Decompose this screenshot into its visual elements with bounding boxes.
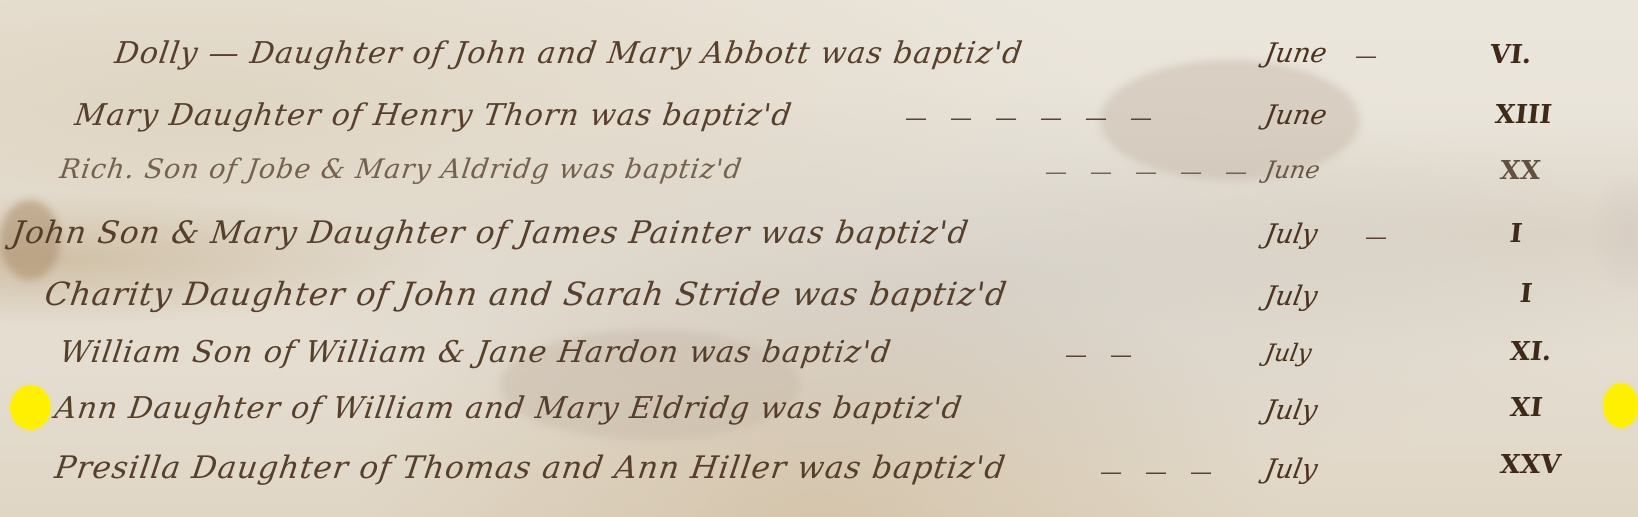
register-entry: Dolly — Daughter of John and Mary Abbott…: [0, 30, 1638, 86]
entry-text: Dolly — Daughter of John and Mary Abbott…: [113, 36, 1026, 71]
entry-day: VI.: [1488, 40, 1533, 70]
entry-day: XXV: [1498, 450, 1562, 480]
register-entry: Charity Daughter of John and Sarah Strid…: [0, 265, 1638, 321]
entry-day: XI: [1508, 393, 1543, 423]
entry-dashes: — —: [1065, 343, 1140, 368]
entry-month: June: [1262, 100, 1329, 131]
entry-month: July: [1262, 395, 1320, 426]
entry-dashes: — — — — —: [1045, 160, 1255, 185]
yellow-marker-dot: [1603, 383, 1638, 427]
entry-dashes: — — —: [1100, 460, 1220, 485]
entry-month: June: [1263, 156, 1323, 184]
entry-day: I: [1518, 279, 1533, 309]
entry-day: XI.: [1508, 337, 1553, 367]
register-entry: Mary Daughter of Henry Thorn was baptiz'…: [0, 88, 1638, 144]
entry-day: XIII: [1493, 100, 1553, 130]
entry-month: July: [1262, 219, 1320, 250]
entry-day: I: [1508, 219, 1523, 249]
register-entry: William Son of William & Jane Hardon was…: [0, 325, 1638, 381]
yellow-marker-dot: [10, 385, 50, 429]
entry-dashes: — — — — — —: [905, 106, 1160, 131]
entry-text: Rich. Son of Jobe & Mary Aldridg was bap…: [58, 154, 744, 185]
entry-dashes: —: [1365, 225, 1395, 250]
entry-dashes: —: [1355, 44, 1385, 69]
entry-text: Ann Daughter of William and Mary Eldridg…: [53, 391, 965, 426]
entry-text: Charity Daughter of John and Sarah Strid…: [42, 275, 1009, 313]
register-page: Dolly — Daughter of John and Mary Abbott…: [0, 0, 1638, 517]
entry-month: July: [1262, 281, 1320, 312]
entry-month: June: [1262, 38, 1329, 69]
register-entry: Rich. Son of Jobe & Mary Aldridg was bap…: [0, 148, 1638, 204]
register-entry: John Son & Mary Daughter of James Painte…: [0, 205, 1638, 261]
register-entry: Ann Daughter of William and Mary Eldridg…: [0, 385, 1638, 441]
entry-day: XX: [1498, 156, 1542, 186]
entry-text: William Son of William & Jane Hardon was…: [58, 335, 894, 370]
entry-text: John Son & Mary Daughter of James Painte…: [9, 215, 971, 251]
register-entry: Presilla Daughter of Thomas and Ann Hill…: [0, 440, 1638, 496]
entry-month: July: [1262, 454, 1320, 485]
entry-text: Mary Daughter of Henry Thorn was baptiz'…: [73, 98, 795, 133]
entry-month: July: [1263, 339, 1314, 367]
entry-text: Presilla Daughter of Thomas and Ann Hill…: [52, 450, 1008, 486]
